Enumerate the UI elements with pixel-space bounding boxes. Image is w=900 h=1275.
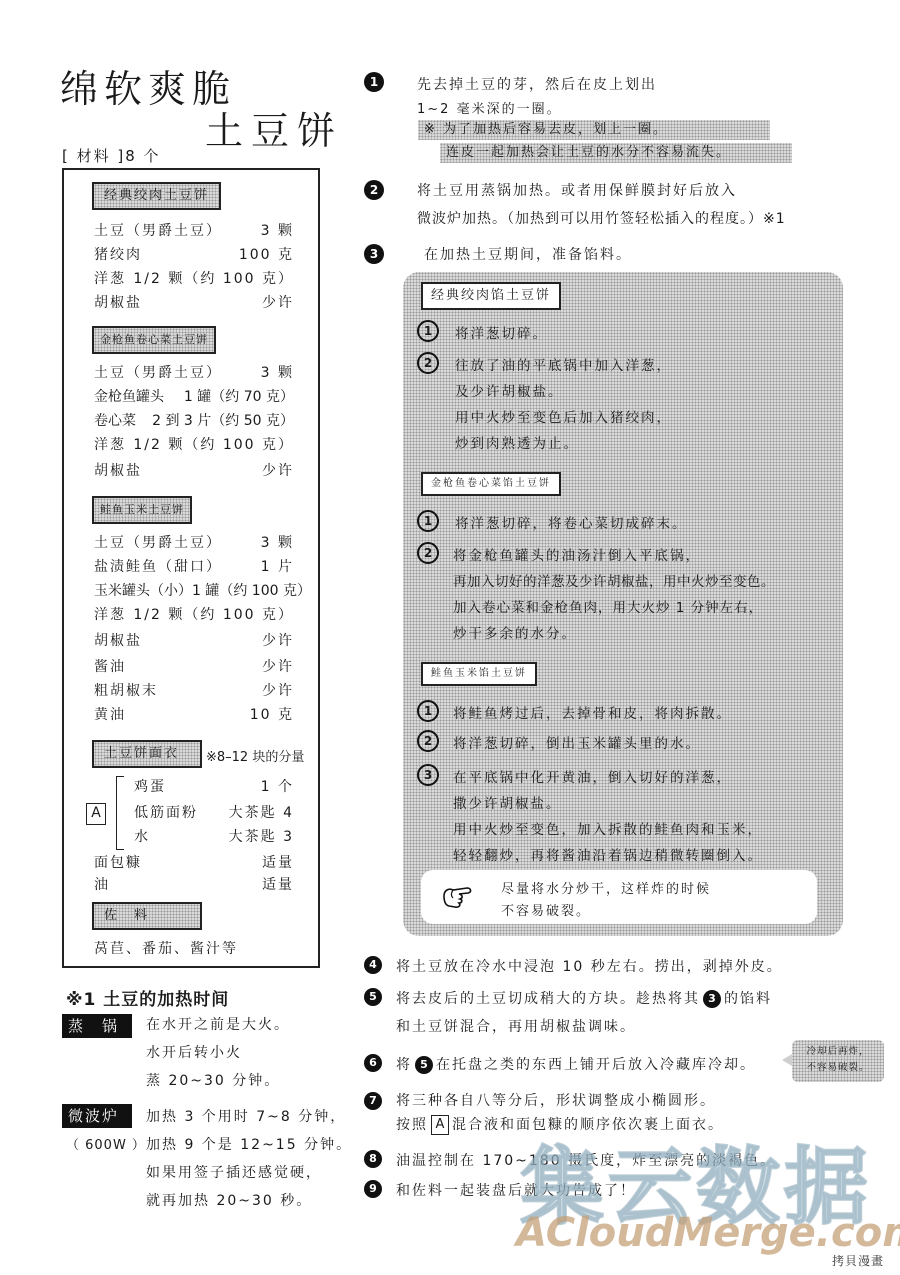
ingredient-row: 黄油10 克 — [94, 704, 294, 726]
step-number-4: 4 — [364, 956, 382, 974]
section-label-coating: 土豆饼面衣 — [92, 740, 202, 768]
tip-line: 尽量将水分炒干，这样炸的时候 — [501, 878, 711, 897]
step-1-note: ※ 为了加热后容易去皮，划上一圈。 — [418, 120, 770, 140]
step-ref-3: 3 — [703, 990, 721, 1008]
ingredient-row: 猪绞肉100 克 — [94, 244, 294, 266]
step-number-1: 1 — [364, 72, 384, 92]
filling-step-line: 撒少许胡椒盐。 — [453, 792, 562, 812]
microwave-line: 加热 9 个是 12~15 分钟。 — [146, 1134, 352, 1154]
filling-step-line: 将洋葱切碎，倒出玉米罐头里的水。 — [453, 732, 701, 752]
step-ref-5: 5 — [415, 1056, 433, 1074]
tip-line: 不容易破裂。 — [501, 900, 591, 919]
steamer-line: 蒸 20~30 分钟。 — [146, 1070, 280, 1090]
heating-time-title: ※1 土豆的加热时间 — [66, 985, 229, 1010]
step-number-5: 5 — [364, 988, 382, 1006]
filling-step-number: 2 — [417, 542, 439, 564]
pointing-hand-icon — [441, 882, 475, 912]
ingredient-row: 鸡蛋1 个 — [134, 776, 294, 798]
step-1-line: 1~2 毫米深的一圈。 — [417, 98, 562, 117]
filling-step-number: 1 — [417, 510, 439, 532]
step-5-line: 将去皮后的土豆切成稍大的方块。趁热将其3的馅料 — [396, 988, 772, 1008]
group-a-tag: A — [86, 803, 106, 825]
filling-step-number: 2 — [417, 730, 439, 752]
ingredient-row: 土豆（男爵土豆）3 颗 — [94, 362, 294, 384]
ingredient-row: 盐渍鲑鱼（甜口）1 片 — [94, 556, 294, 578]
tip-box: 尽量将水分炒干，这样炸的时候 不容易破裂。 — [421, 870, 817, 924]
ingredient-row: 金枪鱼罐头1 罐（约 70 克） — [94, 386, 294, 408]
microwave-tag: 微波炉 — [62, 1104, 132, 1128]
ingredient-row: 酱油少许 — [94, 656, 294, 678]
ingredient-row: 卷心菜2 到 3 片（约 50 克） — [94, 410, 294, 432]
step-7-line: 将三种各自八等分后，形状调整成小椭圆形。 — [396, 1090, 716, 1110]
step-6-line: 将5在托盘之类的东西上铺开后放入冷藏库冷却。 — [396, 1054, 756, 1074]
ingredient-row: 胡椒盐少许 — [94, 630, 294, 652]
ingredients-box: 经典绞肉土豆饼 土豆（男爵土豆）3 颗 猪绞肉100 克 洋葱1/2 颗（约 1… — [62, 168, 320, 968]
ingredient-row: 土豆（男爵土豆）3 颗 — [94, 220, 294, 242]
filling-step-line: 往放了油的平底锅中加入洋葱， — [455, 354, 672, 374]
filling-step-number: 1 — [417, 320, 439, 342]
section-label-salmon: 鲑鱼玉米土豆饼 — [92, 496, 192, 524]
filling-step-line: 炒干多余的水分。 — [453, 622, 577, 642]
ingredient-row: 玉米罐头（小）1 罐（约 100 克） — [94, 580, 294, 602]
filling-step-line: 将鲑鱼烤过后，去掉骨和皮，将肉拆散。 — [453, 702, 732, 722]
microwave-line: 就再加热 20~30 秒。 — [146, 1190, 312, 1210]
microwave-line: 如果用签子插还感觉硬， — [146, 1162, 322, 1182]
group-a-bracket — [116, 776, 124, 850]
garnish-text: 莴苣、番茄、酱汁等 — [94, 938, 294, 960]
title-line-2: 土豆饼 — [205, 100, 343, 155]
speech-bubble-note: 冷却后再炸， 不容易破裂。 — [792, 1040, 884, 1082]
section-label-tuna: 金枪鱼卷心菜土豆饼 — [92, 326, 216, 354]
ingredient-row: 洋葱1/2 颗（约 100 克） — [94, 268, 294, 290]
step-number-7: 7 — [364, 1092, 382, 1110]
steamer-tag: 蒸 锅 — [62, 1014, 132, 1038]
step-number-8: 8 — [364, 1150, 382, 1168]
coating-quantity-note: ※8–12 块的分量 — [206, 746, 304, 765]
step-1-note: 连皮一起加热会让土豆的水分不容易流失。 — [440, 143, 792, 163]
step-number-6: 6 — [364, 1054, 382, 1072]
step-number-2: 2 — [364, 180, 384, 200]
ingredient-row: 洋葱1/2 颗（约 100 克） — [94, 604, 294, 626]
section-label-classic: 经典绞肉土豆饼 — [92, 182, 221, 210]
step-2-line: 微波炉加热。（加热到可以用竹签轻松插入的程度。）※1 — [417, 208, 786, 228]
microwave-power: （ 600W ） — [66, 1134, 146, 1153]
filling-step-line: 及少许胡椒盐。 — [455, 380, 564, 400]
filling-step-number: 1 — [417, 700, 439, 722]
step-2-line: 将土豆用蒸锅加热。或者用保鲜膜封好后放入 — [417, 180, 737, 200]
filling-step-line: 轻轻翻炒，再将酱油沿着锅边稍微转圈倒入。 — [453, 844, 763, 864]
filling-label-tuna: 金枪鱼卷心菜馅土豆饼 — [421, 472, 561, 496]
filling-label-salmon: 鲑鱼玉米馅土豆饼 — [421, 662, 537, 686]
step-number-9: 9 — [364, 1180, 382, 1198]
step-5-line: 和土豆饼混合，再用胡椒盐调味。 — [396, 1016, 636, 1036]
ingredient-row: 油适量 — [94, 874, 294, 896]
filling-step-line: 再加入切好的洋葱及少许胡椒盐，用中火炒至变色。 — [453, 570, 775, 590]
materials-header: [ 材料 ]8 个 — [62, 145, 161, 166]
ingredient-row: 低筋面粉大茶匙 4 — [134, 802, 294, 824]
filling-step-line: 将金枪鱼罐头的油汤汁倒入平底锅， — [453, 544, 701, 564]
ingredient-row: 水大茶匙 3 — [134, 826, 294, 848]
filling-label-classic: 经典绞肉馅土豆饼 — [421, 282, 561, 310]
group-a-ref: A — [431, 1115, 449, 1135]
filling-step-line: 加入卷心菜和金枪鱼肉，用大火炒 1 分钟左右， — [453, 596, 763, 616]
filling-step-line: 将洋葱切碎，将卷心菜切成碎末。 — [455, 512, 688, 532]
ingredient-row: 洋葱1/2 颗（约 100 克） — [94, 434, 294, 456]
step-3-line: 在加热土豆期间，准备馅料。 — [424, 244, 632, 264]
watermark-site: 拷貝漫畫 — [832, 1252, 884, 1269]
fillings-panel: 经典绞肉馅土豆饼 1 将洋葱切碎。 2 往放了油的平底锅中加入洋葱， 及少许胡椒… — [403, 272, 843, 936]
step-1-line: 先去掉土豆的芽，然后在皮上划出 — [417, 74, 657, 94]
filling-step-line: 炒到肉熟透为止。 — [455, 432, 579, 452]
filling-step-line: 用中火炒至变色，加入拆散的鲑鱼肉和玉米， — [453, 818, 763, 838]
filling-step-line: 用中火炒至变色后加入猪绞肉， — [455, 406, 672, 426]
step-number-3: 3 — [364, 244, 384, 264]
filling-step-line: 将洋葱切碎。 — [455, 322, 548, 342]
step-4-line: 将土豆放在冷水中浸泡 10 秒左右。捞出，剥掉外皮。 — [396, 956, 783, 976]
section-label-garnish: 佐 料 — [92, 902, 202, 930]
filling-step-number: 3 — [417, 764, 439, 786]
steamer-line: 在水开之前是大火。 — [146, 1014, 290, 1034]
ingredient-row: 胡椒盐少许 — [94, 292, 294, 314]
filling-step-number: 2 — [417, 352, 439, 374]
filling-step-line: 在平底锅中化开黄油，倒入切好的洋葱， — [453, 766, 732, 786]
steamer-line: 水开后转小火 — [146, 1042, 242, 1062]
ingredient-row: 胡椒盐少许 — [94, 460, 294, 482]
ingredient-row: 土豆（男爵土豆）3 颗 — [94, 532, 294, 554]
ingredient-row: 粗胡椒末少许 — [94, 680, 294, 702]
ingredient-row: 面包糠适量 — [94, 852, 294, 874]
microwave-line: 加热 3 个用时 7~8 分钟， — [146, 1106, 346, 1126]
watermark-en: ACloudMerge.com — [516, 1210, 900, 1256]
